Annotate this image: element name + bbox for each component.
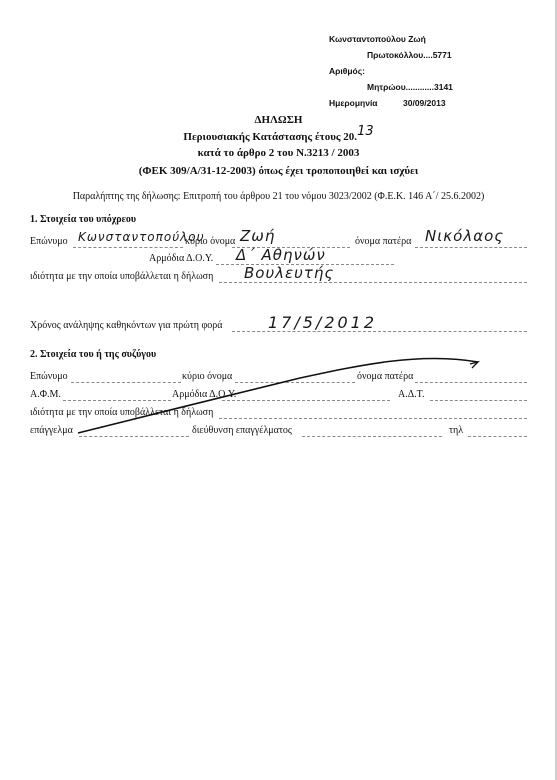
strike-through-mark bbox=[0, 0, 557, 780]
